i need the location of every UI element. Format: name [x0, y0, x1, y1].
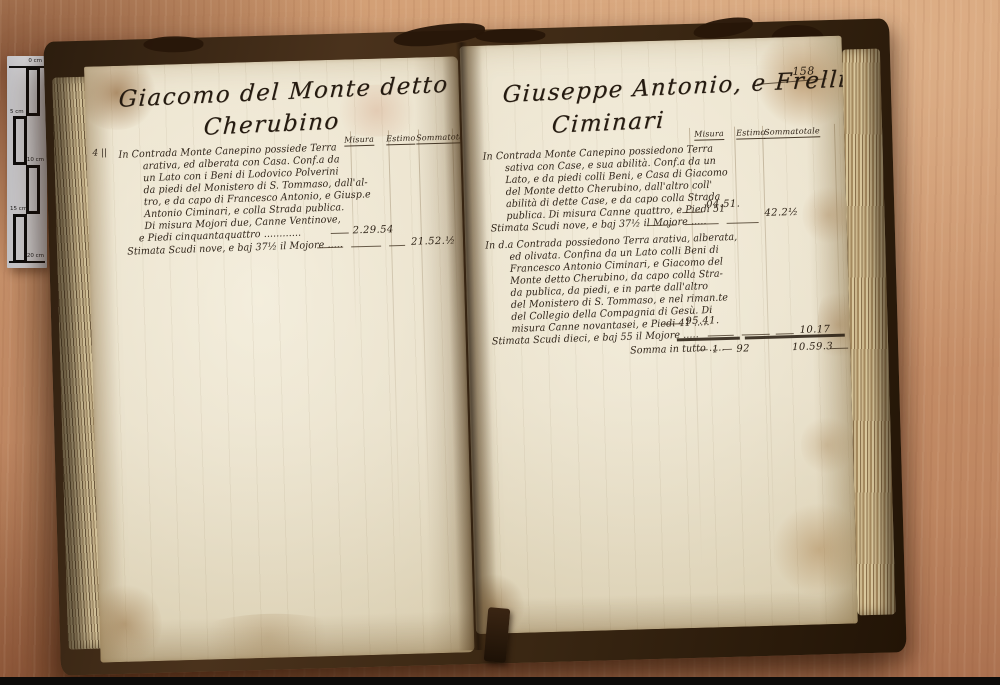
right-page: 158 Giuseppe Antonio, e Frelli Ciminari …	[460, 36, 858, 634]
scale-label: 20 cm	[27, 253, 44, 259]
scale-segment	[26, 67, 40, 116]
column-header-misura: Misura	[694, 129, 724, 141]
manuscript-photo: 0 cm 5 cm 10 cm 15 cm 20 cm Giacomo de	[0, 0, 1000, 685]
scale-segment	[26, 165, 40, 214]
scale-label: 15 cm	[10, 206, 27, 212]
book-strap	[484, 607, 511, 663]
damage-fragment	[143, 36, 203, 53]
scale-bar: 0 cm 5 cm 10 cm 15 cm 20 cm	[7, 56, 47, 268]
scale-segment	[13, 214, 27, 263]
scale-label: 5 cm	[10, 109, 24, 115]
damage-fragment	[475, 29, 545, 43]
scale-label: 10 cm	[27, 157, 44, 163]
scale-label: 0 cm	[28, 58, 42, 64]
left-page: Giacomo del Monte detto Cherubino Misura…	[84, 56, 474, 662]
column-header-estimo: Estimo	[736, 128, 766, 140]
misura-value: 04.51.	[706, 199, 741, 211]
right-title-line2: Ciminari	[551, 108, 666, 139]
misura-value: 95.41.	[685, 315, 720, 327]
book: Giacomo del Monte detto Cherubino Misura…	[43, 18, 906, 675]
margin-note: 4 ||	[92, 148, 107, 158]
column-header-estimo: Estimo	[386, 134, 416, 146]
somma-totale-value: 42.2½	[764, 207, 798, 219]
misura-value: 2.29.54	[353, 224, 394, 236]
column-header-misura: Misura	[344, 135, 374, 147]
total-somma-value: 10.59.3	[792, 341, 833, 353]
column-header-somma-totale: Sommatotale	[764, 126, 820, 139]
scale-segment	[13, 116, 27, 165]
total-misura-value: — 1 — 92	[698, 343, 750, 355]
table-front-edge	[0, 677, 1000, 685]
